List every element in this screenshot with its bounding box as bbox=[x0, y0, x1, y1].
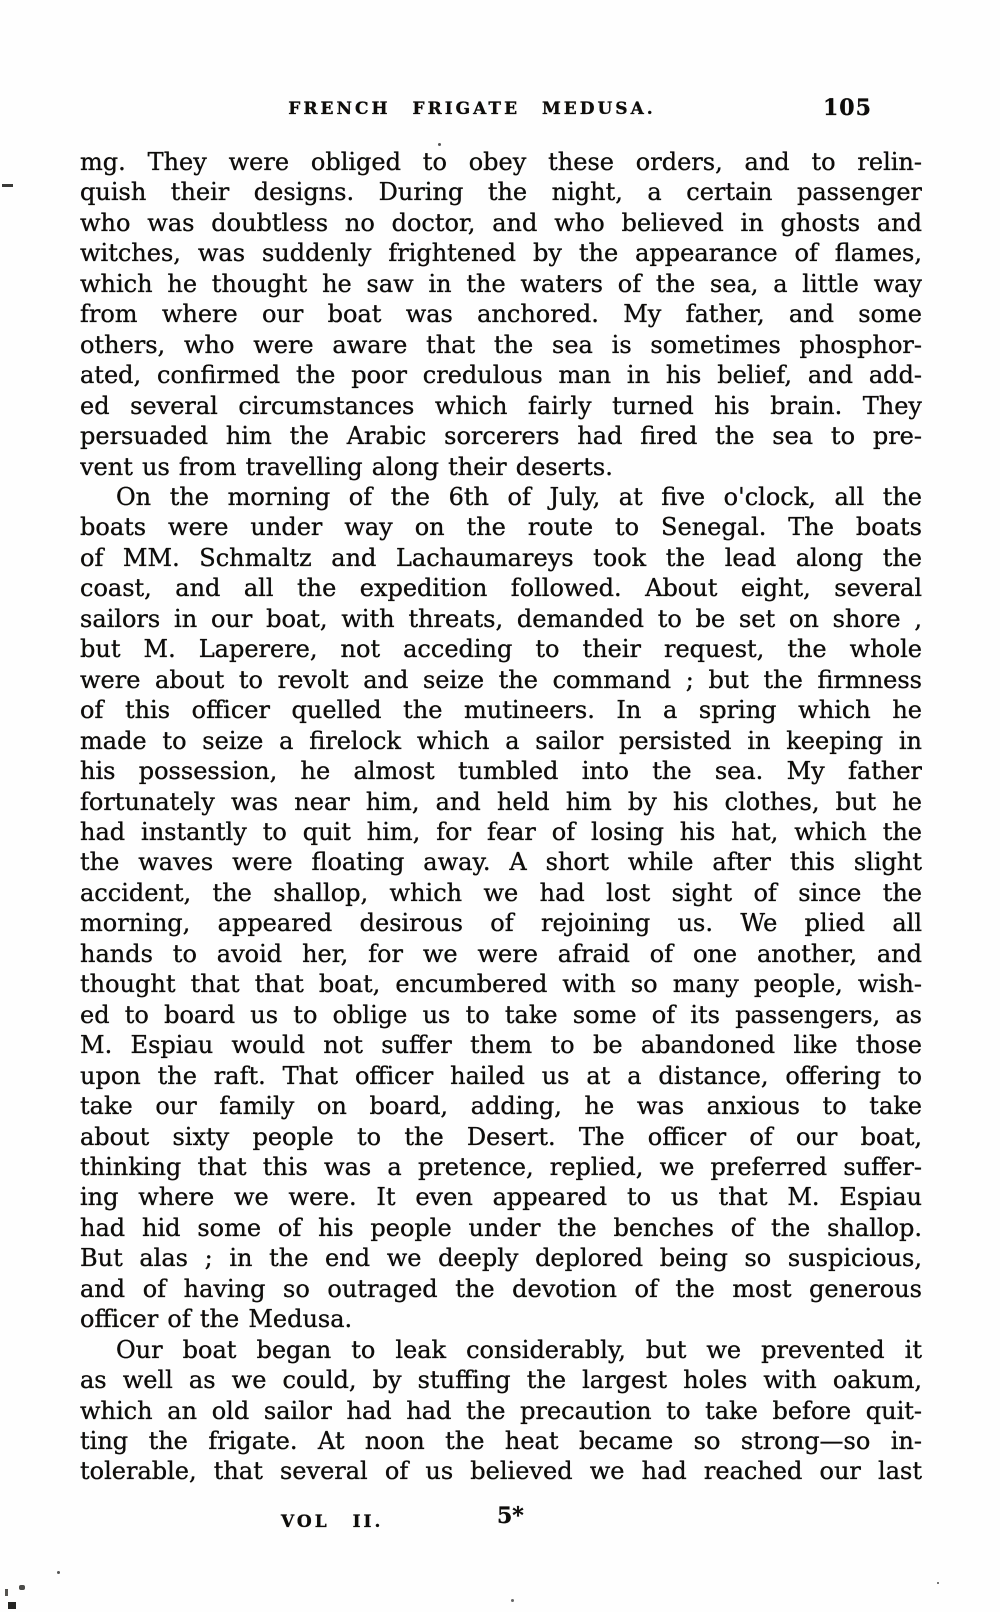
text-line: as well as we could, by stuffing the lar… bbox=[80, 1365, 922, 1395]
text-line: ting the frigate. At noon the heat becam… bbox=[80, 1426, 922, 1456]
text-line: the waves were floating away. A short wh… bbox=[80, 847, 922, 877]
text-line: had hid some of his people under the ben… bbox=[80, 1213, 922, 1243]
scan-speck bbox=[937, 1582, 939, 1584]
text-line: M. Espiau would not suffer them to be ab… bbox=[80, 1030, 922, 1060]
text-line: made to seize a firelock which a sailor … bbox=[80, 726, 922, 756]
text-line: which he thought he saw in the waters of… bbox=[80, 269, 922, 299]
footer-volume-label: VOL II. bbox=[281, 1512, 383, 1532]
text-line: fortunately was near him, and held him b… bbox=[80, 787, 922, 817]
text-line: tolerable, that several of us believed w… bbox=[80, 1456, 922, 1486]
paragraph: Our boat began to leak considerably, but… bbox=[80, 1335, 922, 1487]
scan-speck bbox=[19, 1585, 25, 1590]
scan-speck bbox=[511, 1599, 514, 1602]
text-line: ed several circumstances which fairly tu… bbox=[80, 391, 922, 421]
text-line: his possession, he almost tumbled into t… bbox=[80, 756, 922, 786]
scan-speck bbox=[57, 1571, 60, 1574]
text-line: quish their designs. During the night, a… bbox=[80, 177, 922, 207]
scan-speck bbox=[2, 184, 13, 187]
text-line: ed to board us to oblige us to take some… bbox=[80, 1000, 922, 1030]
scan-speck bbox=[438, 143, 441, 146]
text-line: But alas ; in the end we deeply deplored… bbox=[80, 1243, 922, 1273]
running-header-title: FRENCH FRIGATE MEDUSA. bbox=[288, 99, 655, 119]
book-page: FRENCH FRIGATE MEDUSA. 105 mg. They were… bbox=[0, 0, 1000, 1612]
text-line: of this officer quelled the mutineers. I… bbox=[80, 695, 922, 725]
paragraph: mg. They were obliged to obey these orde… bbox=[80, 147, 922, 482]
text-line: On the morning of the 6th of July, at fi… bbox=[80, 482, 922, 512]
text-line: of MM. Schmaltz and Lachaumareys took th… bbox=[80, 543, 922, 573]
text-line: Our boat began to leak considerably, but… bbox=[80, 1335, 922, 1365]
scan-speck bbox=[5, 1589, 8, 1596]
page-number: 105 bbox=[823, 95, 872, 121]
text-line: who was doubtless no doctor, and who bel… bbox=[80, 208, 922, 238]
text-line: sailors in our boat, with threats, deman… bbox=[80, 604, 922, 634]
text-line: vent us from travelling along their dese… bbox=[80, 452, 922, 482]
text-line: upon the raft. That officer hailed us at… bbox=[80, 1061, 922, 1091]
text-line: thinking that this was a pretence, repli… bbox=[80, 1152, 922, 1182]
text-line: ing where we were. It even appeared to u… bbox=[80, 1182, 922, 1212]
paragraph: On the morning of the 6th of July, at fi… bbox=[80, 482, 922, 1335]
text-line: morning, appeared desirous of rejoining … bbox=[80, 908, 922, 938]
text-line: officer of the Medusa. bbox=[80, 1304, 922, 1334]
text-line: thought that that boat, encumbered with … bbox=[80, 969, 922, 999]
text-line: had instantly to quit him, for fear of l… bbox=[80, 817, 922, 847]
text-line: others, who were aware that the sea is s… bbox=[80, 330, 922, 360]
text-line: boats were under way on the route to Sen… bbox=[80, 512, 922, 542]
text-line: which an old sailor had had the precauti… bbox=[80, 1396, 922, 1426]
text-line: witches, was suddenly frightened by the … bbox=[80, 238, 922, 268]
text-line: hands to avoid her, for we were afraid o… bbox=[80, 939, 922, 969]
text-line: accident, the shallop, which we had lost… bbox=[80, 878, 922, 908]
text-line: ated, confirmed the poor credulous man i… bbox=[80, 360, 922, 390]
text-line: about sixty people to the Desert. The of… bbox=[80, 1122, 922, 1152]
text-line: coast, and all the expedition followed. … bbox=[80, 573, 922, 603]
text-line: and of having so outraged the devotion o… bbox=[80, 1274, 922, 1304]
scan-speck bbox=[8, 1602, 16, 1609]
text-line: persuaded him the Arabic sorcerers had f… bbox=[80, 421, 922, 451]
text-line: take our family on board, adding, he was… bbox=[80, 1091, 922, 1121]
footer-signature-mark: 5* bbox=[497, 1503, 524, 1529]
text-line: from where our boat was anchored. My fat… bbox=[80, 299, 922, 329]
text-line: mg. They were obliged to obey these orde… bbox=[80, 147, 922, 177]
text-line: but M. Laperere, not acceding to their r… bbox=[80, 634, 922, 664]
page-body-text: mg. They were obliged to obey these orde… bbox=[80, 147, 922, 1487]
text-line: were about to revolt and seize the comma… bbox=[80, 665, 922, 695]
